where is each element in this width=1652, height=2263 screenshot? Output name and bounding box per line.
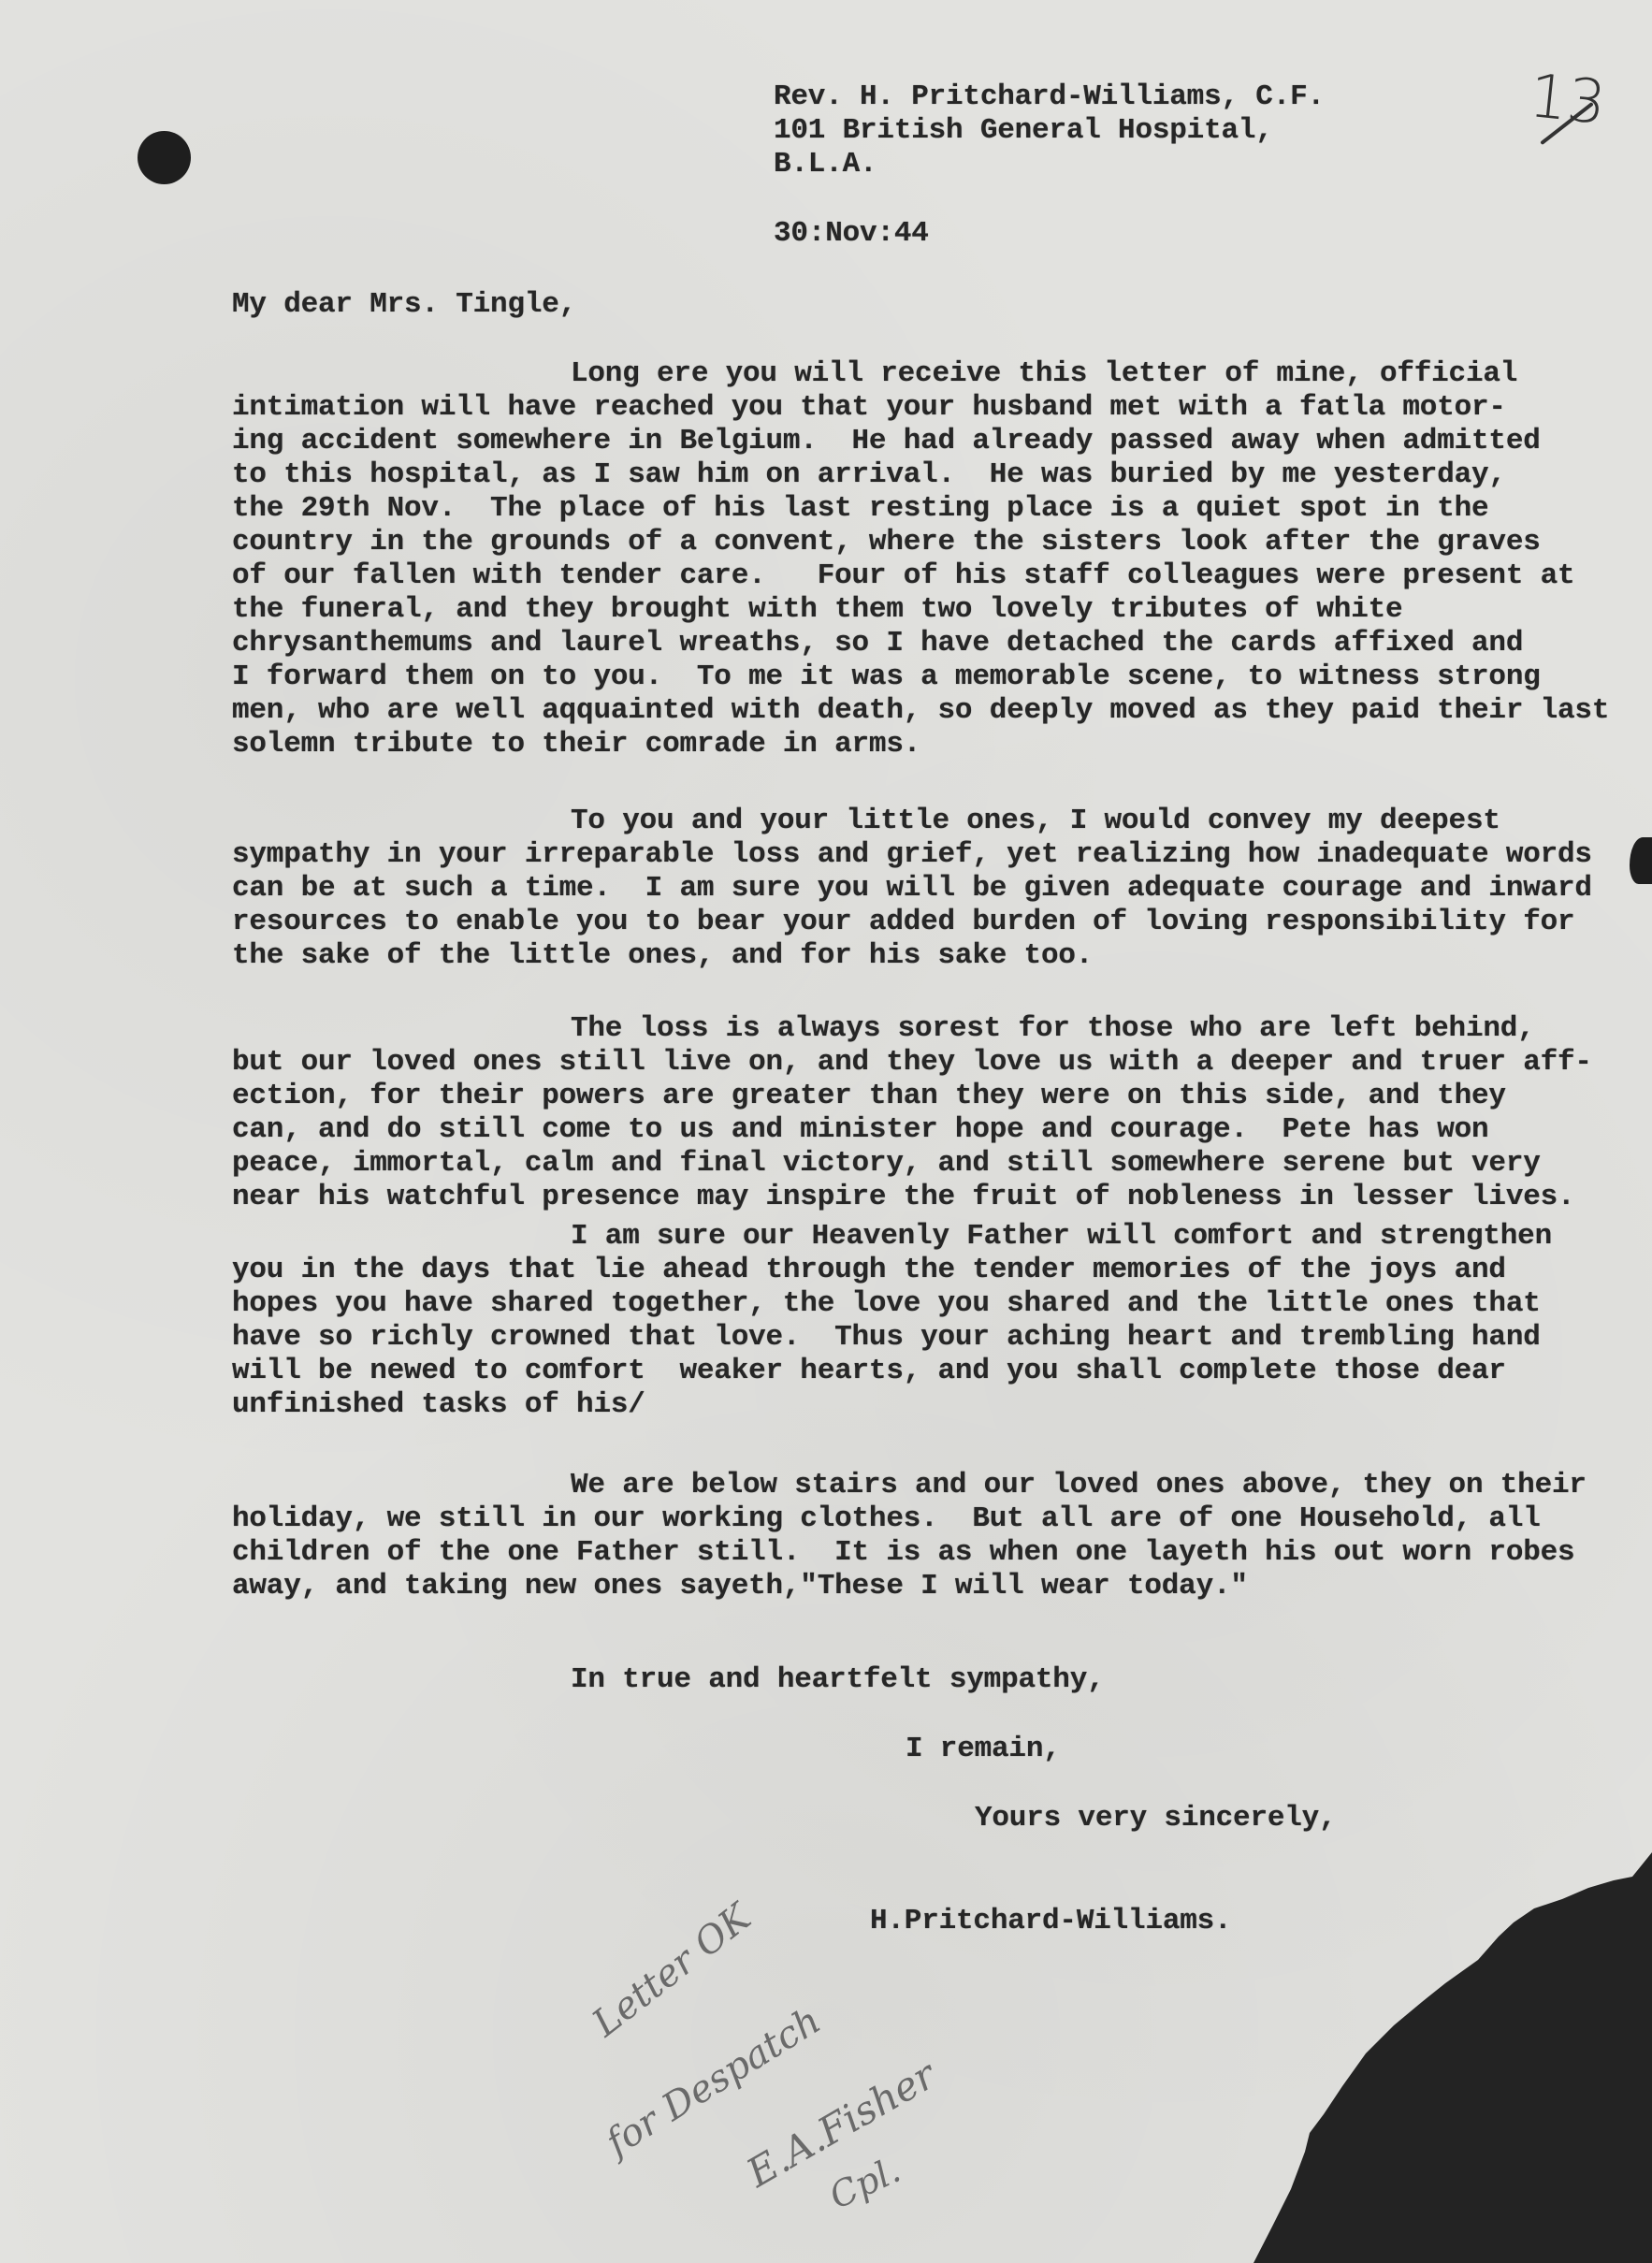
paragraph-4-line: you in the days that lie ahead through t… [232, 1254, 1506, 1287]
paragraph-3-line: near his watchful presence may inspire t… [232, 1181, 1574, 1214]
paragraph-5-line: holiday, we still in our working clothes… [232, 1502, 1541, 1536]
paragraph-3-line: ection, for their powers are greater tha… [232, 1080, 1506, 1113]
paragraph-2-line: the sake of the little ones, and for his… [232, 939, 1093, 973]
paragraph-5-line: We are below stairs and our loved ones a… [571, 1469, 1587, 1502]
paragraph-1-line: ing accident somewhere in Belgium. He ha… [232, 425, 1541, 458]
paragraph-1-line: solemn tribute to their comrade in arms. [232, 728, 920, 762]
paragraph-1-line: of our fallen with tender care. Four of … [232, 559, 1574, 593]
paragraph-3-line: The loss is always sorest for those who … [571, 1012, 1535, 1046]
closing-sincerely: Yours very sincerely, [975, 1802, 1336, 1835]
paragraph-1-line: the funeral, and they brought with them … [232, 593, 1402, 627]
paragraph-2-line: resources to enable you to bear your add… [232, 906, 1574, 939]
paragraph-4-line: unfinished tasks of his/ [232, 1388, 645, 1422]
paragraph-4-line: I am sure our Heavenly Father will comfo… [571, 1220, 1552, 1254]
paragraph-2-line: can be at such a time. I am sure you wil… [232, 872, 1592, 906]
paragraph-3-line: can, and do still come to us and ministe… [232, 1113, 1488, 1147]
paragraph-1-line: intimation will have reached you that yo… [232, 391, 1506, 425]
paragraph-4-line: have so richly crowned that love. Thus y… [232, 1321, 1541, 1355]
paragraph-5-line: away, and taking new ones sayeth,"These … [232, 1570, 1248, 1603]
sender-name: Rev. H. Pritchard-Williams, C.F. [774, 80, 1325, 114]
paragraph-1-line: country in the grounds of a convent, whe… [232, 526, 1541, 559]
closing-remain: I remain, [906, 1733, 1061, 1766]
paragraph-3-line: but our loved ones still live on, and th… [232, 1046, 1592, 1080]
salutation: My dear Mrs. Tingle, [232, 288, 576, 322]
paragraph-2-line: To you and your little ones, I would con… [571, 805, 1500, 838]
paragraph-5-line: children of the one Father still. It is … [232, 1536, 1574, 1570]
page-number: 13 [1526, 62, 1609, 138]
paragraph-4-line: hopes you have shared together, the love… [232, 1287, 1541, 1321]
paragraph-4-line: will be newed to comfort weaker hearts, … [232, 1355, 1506, 1388]
signature-typed: H.Pritchard-Williams. [870, 1905, 1231, 1938]
paragraph-1-line: men, who are well aqquainted with death,… [232, 694, 1609, 728]
letter-date: 30:Nov:44 [774, 217, 929, 251]
paragraph-1-line: chrysanthemums and laurel wreaths, so I … [232, 627, 1523, 660]
paragraph-1-line: to this hospital, as I saw him on arriva… [232, 458, 1506, 492]
paragraph-1-line: I forward them on to you. To me it was a… [232, 660, 1541, 694]
sender-location: B.L.A. [774, 148, 877, 181]
sender-unit: 101 British General Hospital, [774, 114, 1273, 148]
paragraph-1-line: Long ere you will receive this letter of… [571, 357, 1517, 391]
paragraph-2-line: sympathy in your irreparable loss and gr… [232, 838, 1592, 872]
closing-sympathy: In true and heartfelt sympathy, [571, 1663, 1105, 1697]
paragraph-3-line: peace, immortal, calm and final victory,… [232, 1147, 1541, 1181]
punch-hole [138, 131, 191, 184]
edge-damage [1630, 837, 1652, 884]
paragraph-1-line: the 29th Nov. The place of his last rest… [232, 492, 1488, 526]
torn-corner [1253, 1852, 1652, 2263]
